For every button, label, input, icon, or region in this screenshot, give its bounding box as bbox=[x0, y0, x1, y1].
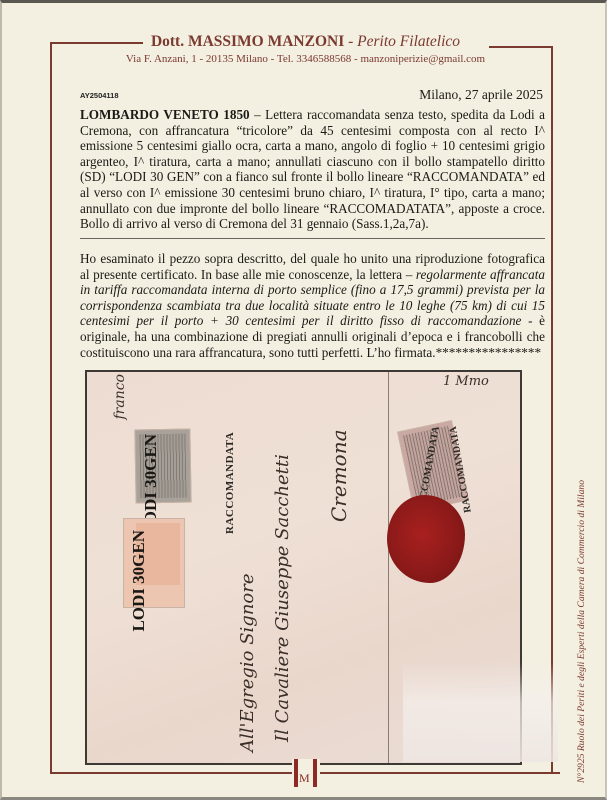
name-separator: - bbox=[344, 33, 357, 50]
logo-bar bbox=[313, 759, 317, 787]
script-address-line-2: Il Cavaliere Giuseppe Sacchetti bbox=[272, 382, 293, 742]
logo-bar bbox=[294, 759, 298, 787]
certificate-date: Milano, 27 aprile 2025 bbox=[419, 87, 543, 103]
logo-letter: M bbox=[299, 771, 310, 786]
expert-address: Via F. Anzani, 1 - 20135 Milano - Tel. 3… bbox=[2, 52, 607, 66]
registration-note: N°2925 Ruolo dei Periti e degli Esperti … bbox=[576, 463, 587, 783]
expert-name-line: Dott. MASSIMO MANZONI - Perito Filatelic… bbox=[2, 33, 607, 51]
script-address-line-1: All'Egregio Signore bbox=[237, 492, 258, 752]
expert-title: Perito Filatelico bbox=[357, 33, 460, 50]
paper-wear bbox=[403, 662, 558, 762]
monogram-logo: M bbox=[292, 759, 320, 789]
description-text: – Lettera raccomandata senza testo, sped… bbox=[80, 107, 545, 231]
frame-border bbox=[50, 42, 52, 774]
certificate-id: AY2504118 bbox=[80, 91, 119, 100]
item-description: LOMBARDO VENETO 1850 – Lettera raccomand… bbox=[80, 107, 545, 232]
script-city: Cremona bbox=[327, 372, 351, 522]
cover-photograph: franco LODI 30GEN LODI 30GEN RACCOMANDAT… bbox=[85, 370, 522, 765]
letterhead: Dott. MASSIMO MANZONI - Perito Filatelic… bbox=[2, 33, 607, 66]
lodi-cancel: LODI 30GEN bbox=[131, 530, 146, 632]
script-back-note: 1 Mmo bbox=[443, 374, 489, 389]
description-heading: LOMBARDO VENETO 1850 bbox=[80, 107, 250, 122]
script-franco: franco bbox=[112, 374, 128, 420]
fold-line bbox=[388, 372, 389, 763]
expert-name: Dott. MASSIMO MANZONI bbox=[151, 33, 344, 50]
divider bbox=[80, 238, 545, 239]
expert-opinion: Ho esaminato il pezzo sopra descritto, d… bbox=[80, 251, 545, 360]
certificate-page: Dott. MASSIMO MANZONI - Perito Filatelic… bbox=[0, 0, 607, 800]
wax-seal bbox=[387, 495, 465, 583]
raccomandata-linear-cancel: RACCOMANDATA bbox=[224, 394, 236, 534]
